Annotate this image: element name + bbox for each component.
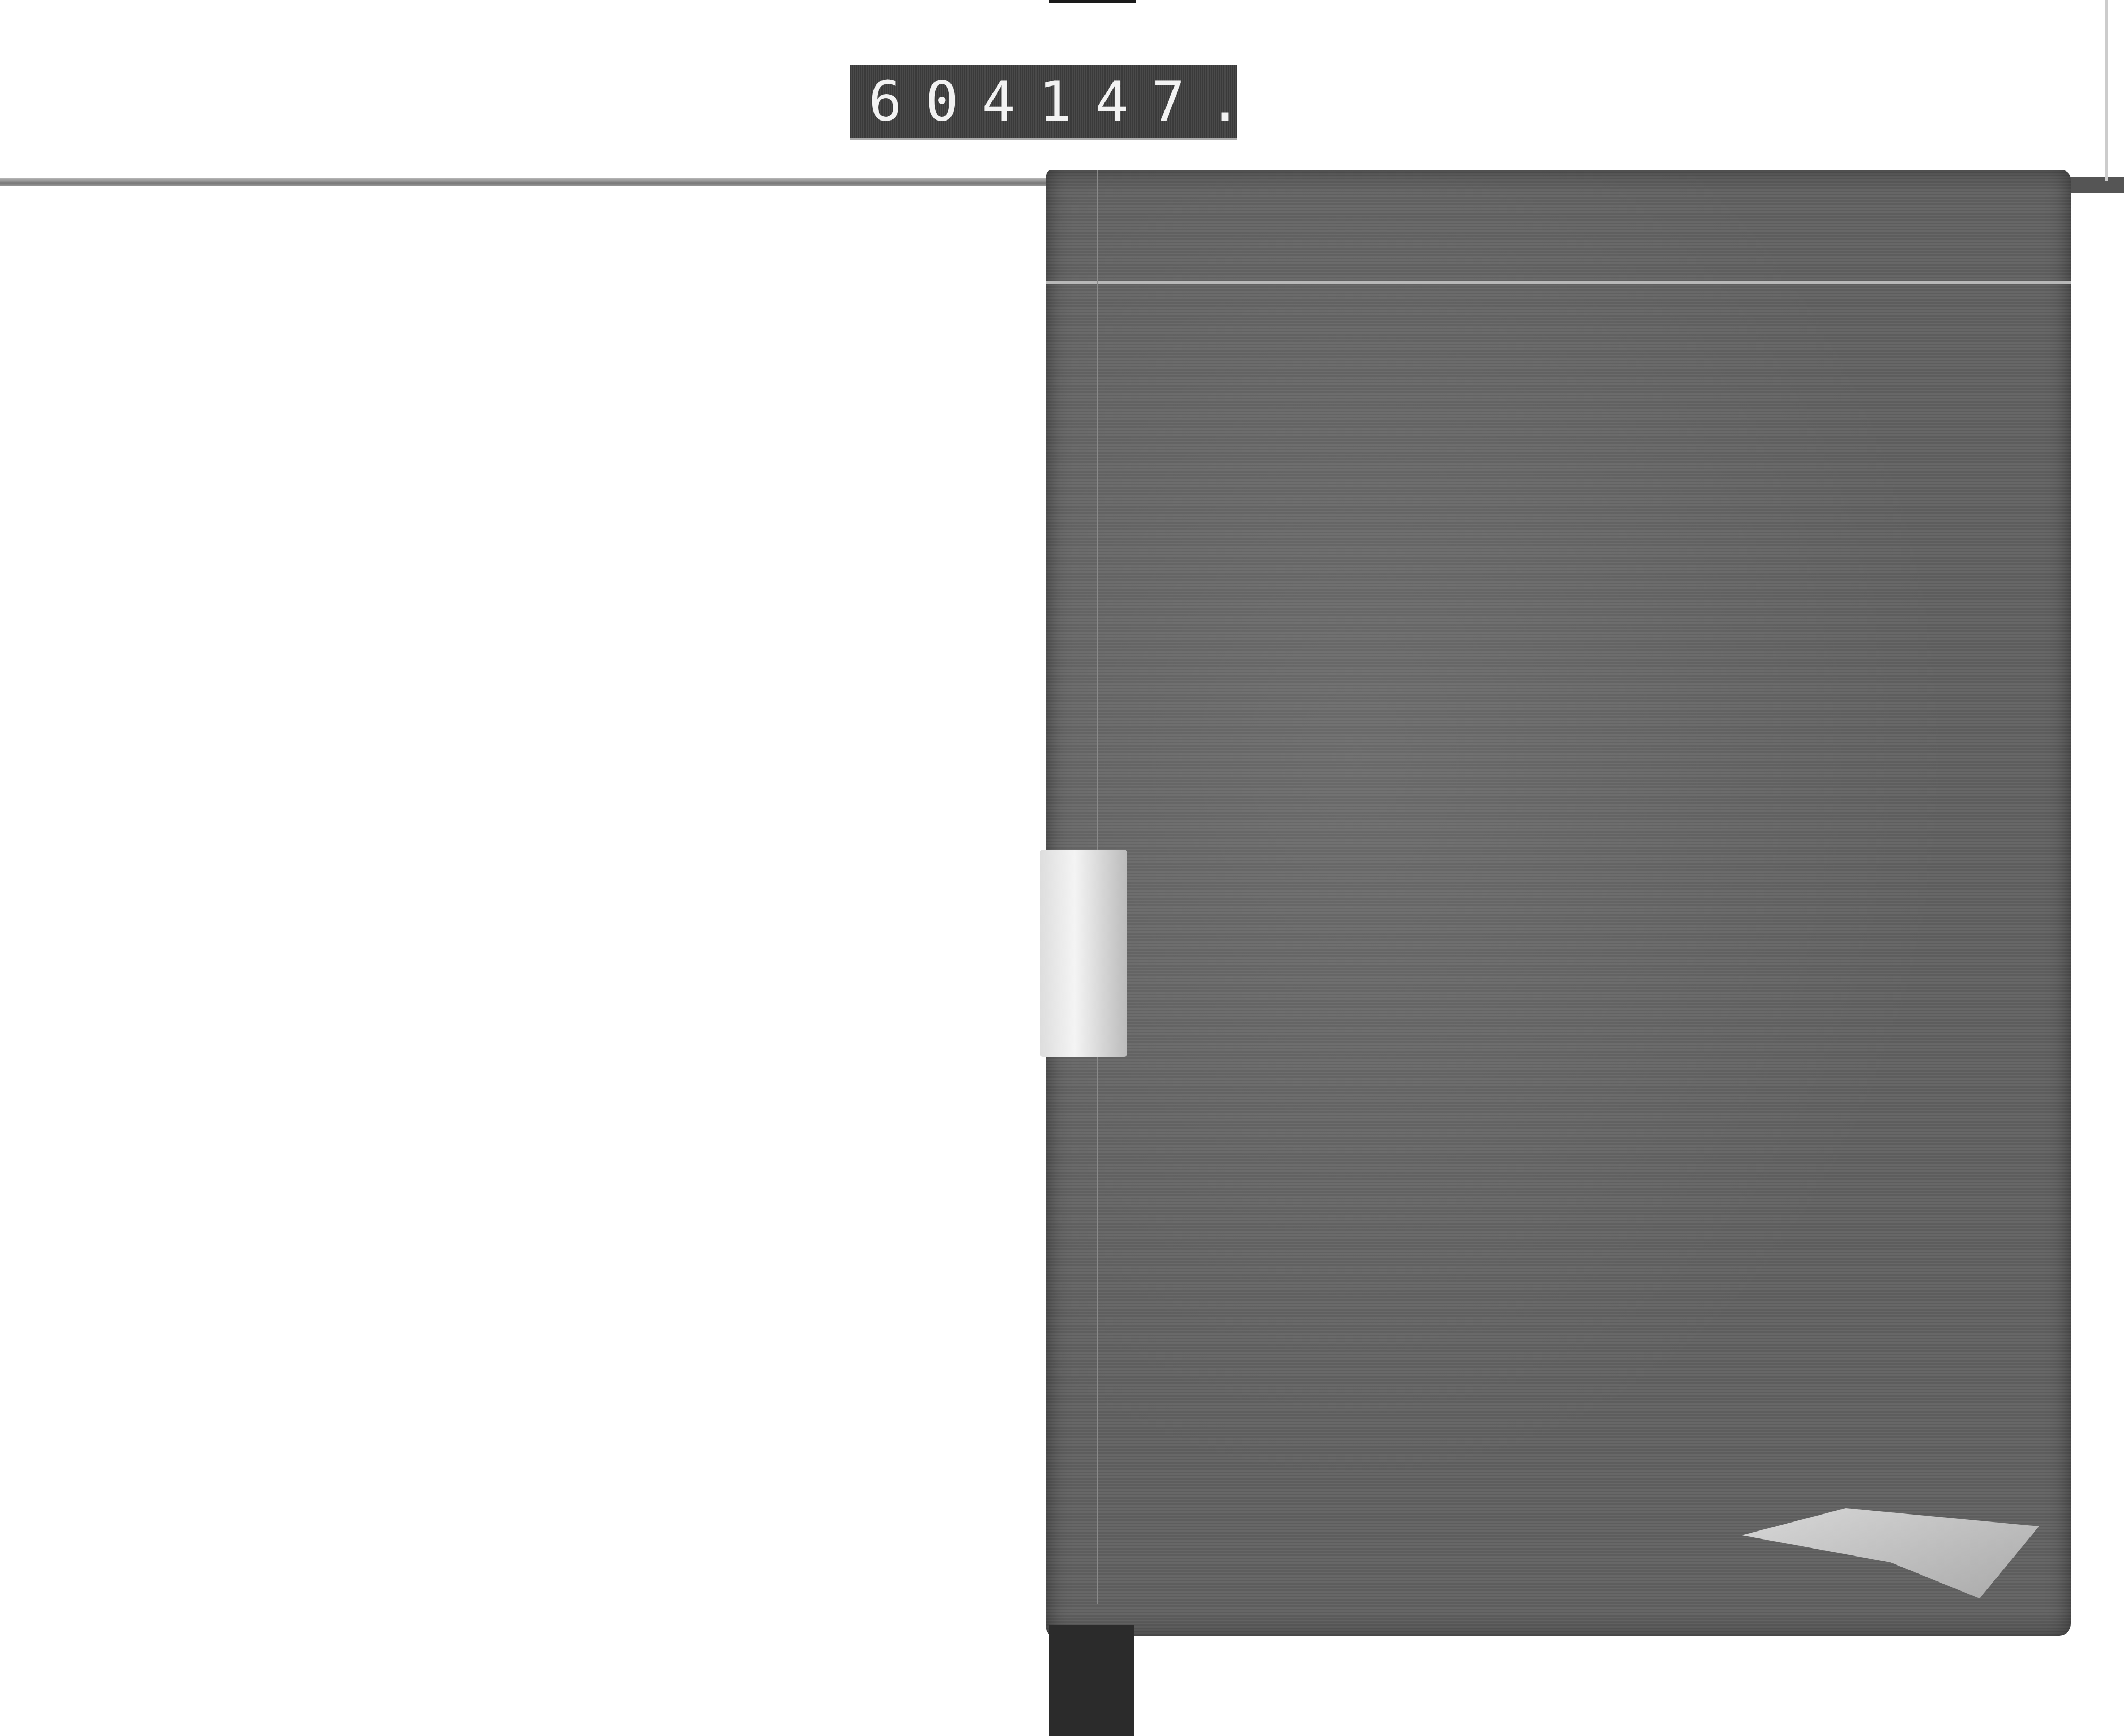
right-edge-line — [2105, 0, 2108, 181]
label-right-number: 147. — [1039, 69, 1265, 134]
horizontal-rule — [0, 178, 1057, 186]
document-cover-board — [1046, 170, 2071, 1636]
spine-paper-patch — [1040, 850, 1127, 1057]
label-left-number: 604 — [869, 69, 1039, 134]
cover-damage-tear — [1742, 1508, 2039, 1598]
top-mount-tab — [1049, 0, 1136, 3]
cover-top-rule — [1046, 281, 2071, 284]
catalog-label-plate: 604 147. — [850, 65, 1237, 140]
bottom-mount-post — [1049, 1625, 1134, 1736]
